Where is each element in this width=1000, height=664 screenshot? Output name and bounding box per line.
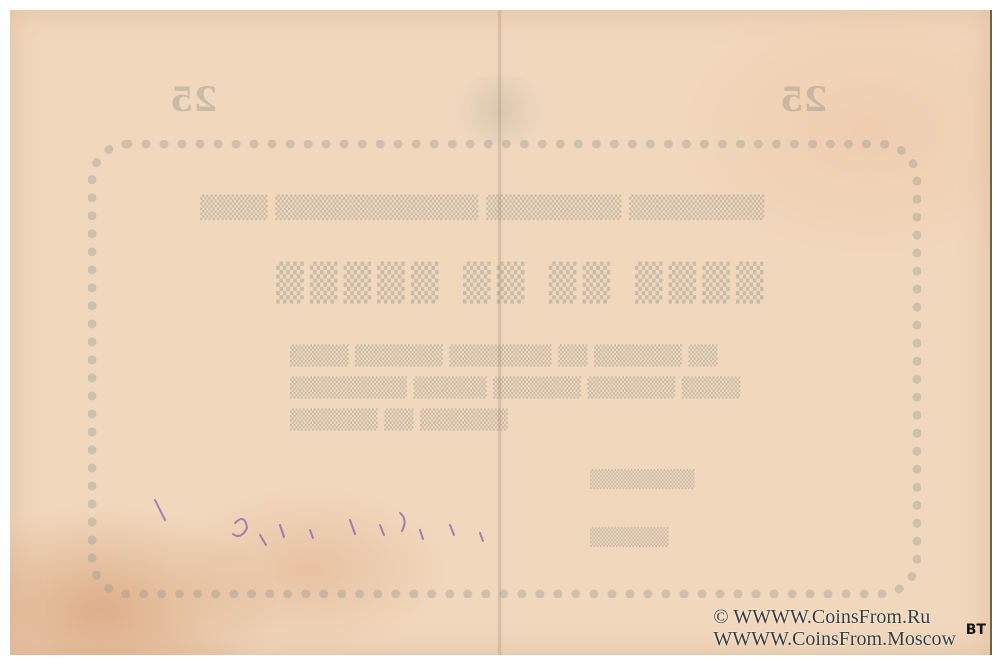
purple-ink-signature (150, 495, 530, 565)
ghost-signature-line-2: ▒▒▒▒▒▒ (590, 528, 668, 548)
watermark-line-1: © WWWW.CoinsFrom.Ru (713, 606, 956, 628)
ghost-heading: ▒▒▒▒▒▒▒▒ ▒▒▒▒▒▒▒▒ ▒▒▒▒▒▒▒▒▒▒▒▒ ▒▒▒▒ (200, 195, 764, 221)
ghost-body-text: ▒▒ ▒▒▒▒▒▒ ▒▒ ▒▒▒▒▒▒▒ ▒▒▒▒▒▒ ▒▒▒▒▒▒▒▒ ▒▒▒… (290, 340, 740, 436)
watermark-tag: BT (966, 622, 986, 638)
ghost-title: ▒▒▒▒ ▒▒ ▒▒ ▒▒▒▒▒ (270, 262, 764, 304)
denomination-right: 25 (780, 80, 827, 120)
watermark-line-2: WWWW.CoinsFrom.Moscow (713, 628, 956, 650)
emblem-ghost (445, 75, 555, 145)
ghost-signature-line-1: ▒▒▒▒▒▒▒▒ (590, 470, 695, 490)
denomination-left: 25 (170, 80, 217, 120)
watermark: © WWWW.CoinsFrom.Ru WWWW.CoinsFrom.Mosco… (713, 606, 956, 650)
